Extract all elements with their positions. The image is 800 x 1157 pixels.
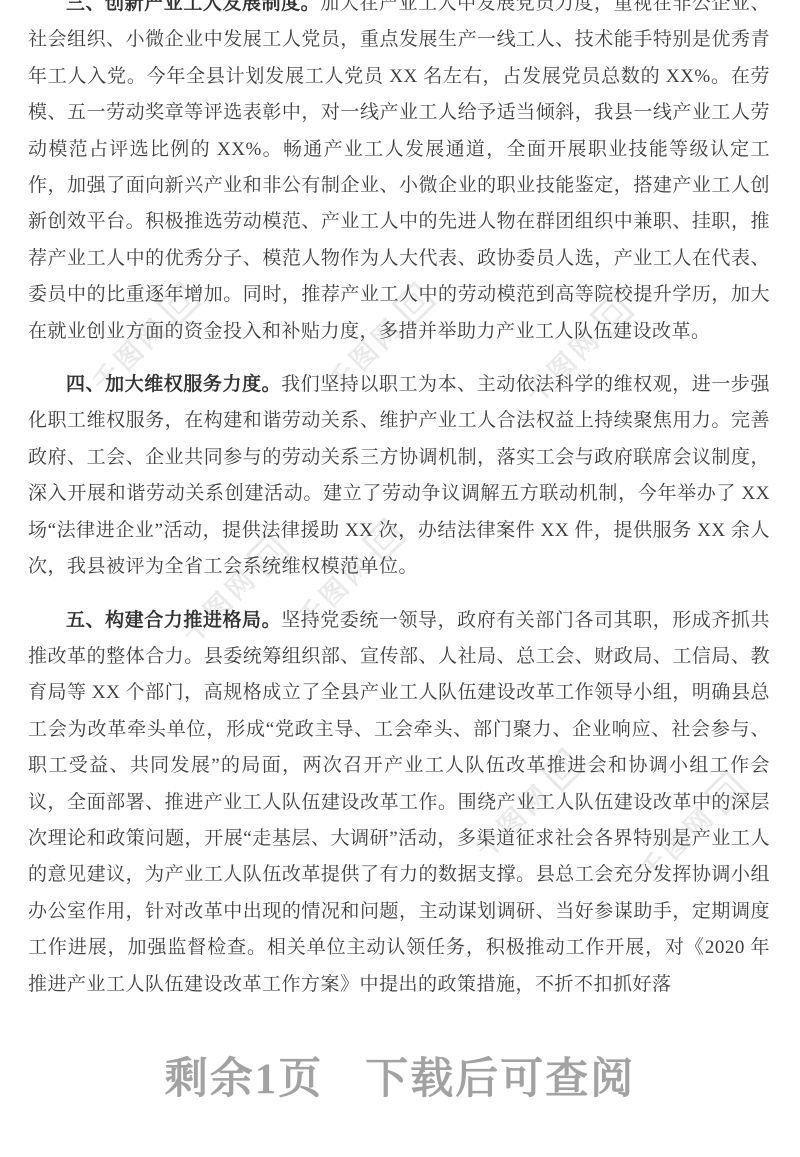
paragraph-4-rights-protection: 四、加大维权服务力度。我们坚持以职工为本、主动依法科学的维权观，进一步强化职工维… bbox=[28, 367, 770, 585]
footer-banner: 剩余1页下载后可查阅 bbox=[0, 1052, 800, 1108]
paragraph-heading: 三、创新产业工人发展制度。 bbox=[66, 0, 320, 14]
paragraph-text: 我们坚持以职工为本、主动依法科学的维权观，进一步强化职工维权服务，在构建和谐劳动… bbox=[28, 374, 770, 577]
paragraph-3-innovation-system: 三、创新产业工人发展制度。加大在产业工人中发展党员力度，重视在非公企业、社会组织… bbox=[28, 0, 770, 350]
paragraph-5-joint-promotion: 五、构建合力推进格局。坚持党委统一领导，政府有关部门各司其职，形成齐抓共推改革的… bbox=[28, 603, 770, 1003]
document-body: 三、创新产业工人发展制度。加大在产业工人中发展党员力度，重视在非公企业、社会组织… bbox=[28, 0, 770, 1020]
paragraph-text: 加大在产业工人中发展党员力度，重视在非公企业、社会组织、小微企业中发展工人党员，… bbox=[28, 0, 770, 342]
document-page: 千图网 千图网 千图网 千图网 千图网 千图网 千图网 三、创新产业工人发展制度… bbox=[0, 0, 800, 1157]
download-hint-label: 下载后可查阅 bbox=[365, 1056, 635, 1103]
remaining-pages-label: 剩余1页 bbox=[165, 1056, 324, 1103]
paragraph-heading: 四、加大维权服务力度。 bbox=[66, 374, 281, 395]
paragraph-text: 坚持党委统一领导，政府有关部门各司其职，形成齐抓共推改革的整体合力。县委统筹组织… bbox=[28, 610, 770, 995]
paragraph-heading: 五、构建合力推进格局。 bbox=[66, 610, 281, 631]
